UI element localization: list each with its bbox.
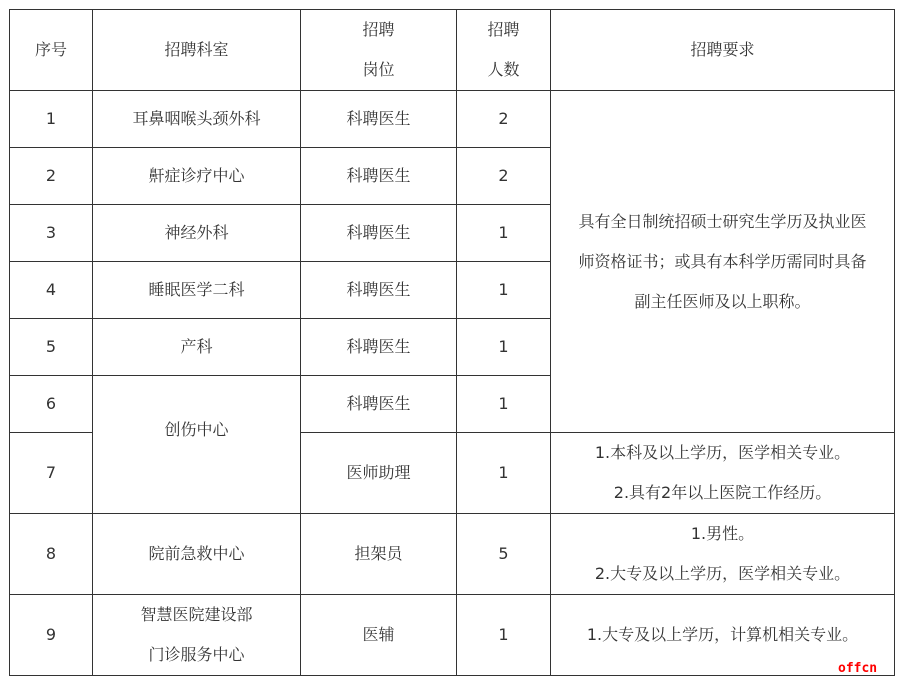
cell-dept-merged: 创伤中心: [93, 376, 301, 514]
req-line: 1.本科及以上学历，医学相关专业。: [557, 433, 888, 473]
cell-no: 1: [10, 91, 93, 148]
cell-num: 1: [457, 433, 551, 514]
cell-post: 医辅: [301, 595, 457, 676]
dept-line2: 门诊服务中心: [99, 635, 294, 675]
cell-dept: 神经外科: [93, 205, 301, 262]
cell-num: 5: [457, 514, 551, 595]
req-shared-line2: 师资格证书；或具有本科学历需同时具备: [557, 242, 888, 282]
table-row: 1 耳鼻咽喉头颈外科 科聘医生 2 具有全日制统招硕士研究生学历及执业医 师资格…: [10, 91, 895, 148]
req-shared-line1: 具有全日制统招硕士研究生学历及执业医: [557, 202, 888, 242]
cell-post: 科聘医生: [301, 148, 457, 205]
cell-dept: 院前急救中心: [93, 514, 301, 595]
header-post-line1: 招聘: [307, 10, 450, 50]
recruitment-table: 序号 招聘科室 招聘 岗位 招聘 人数 招聘要求 1 耳鼻咽喉头颈外科 科聘医生…: [9, 9, 895, 676]
cell-num: 1: [457, 262, 551, 319]
table-row: 8 院前急救中心 担架员 5 1.男性。 2.大专及以上学历，医学相关专业。: [10, 514, 895, 595]
cell-req: 1.男性。 2.大专及以上学历，医学相关专业。: [551, 514, 895, 595]
req-line: 1.男性。: [557, 514, 888, 554]
req-shared-line3: 副主任医师及以上职称。: [557, 282, 888, 322]
header-post: 招聘 岗位: [301, 10, 457, 91]
cell-num: 1: [457, 205, 551, 262]
cell-no: 5: [10, 319, 93, 376]
dept-merged-label: 创伤中心: [99, 410, 294, 450]
header-no: 序号: [10, 10, 93, 91]
cell-num: 2: [457, 91, 551, 148]
cell-post: 担架员: [301, 514, 457, 595]
cell-num: 1: [457, 376, 551, 433]
header-dept: 招聘科室: [93, 10, 301, 91]
watermark-logo: offcn: [838, 662, 877, 675]
header-req: 招聘要求: [551, 10, 895, 91]
req-line: 2.大专及以上学历，医学相关专业。: [557, 554, 888, 594]
cell-dept: 产科: [93, 319, 301, 376]
req-line: 2.具有2年以上医院工作经历。: [557, 473, 888, 513]
cell-post: 科聘医生: [301, 262, 457, 319]
table-header-row: 序号 招聘科室 招聘 岗位 招聘 人数 招聘要求: [10, 10, 895, 91]
cell-req: 1.本科及以上学历，医学相关专业。 2.具有2年以上医院工作经历。: [551, 433, 895, 514]
header-num-line1: 招聘: [463, 10, 544, 50]
header-num: 招聘 人数: [457, 10, 551, 91]
cell-post: 科聘医生: [301, 319, 457, 376]
cell-req-shared: 具有全日制统招硕士研究生学历及执业医 师资格证书；或具有本科学历需同时具备 副主…: [551, 91, 895, 433]
cell-no: 3: [10, 205, 93, 262]
cell-post: 医师助理: [301, 433, 457, 514]
cell-no: 8: [10, 514, 93, 595]
cell-post: 科聘医生: [301, 205, 457, 262]
header-num-line2: 人数: [463, 50, 544, 90]
cell-dept: 睡眠医学二科: [93, 262, 301, 319]
cell-post: 科聘医生: [301, 91, 457, 148]
table-row: 9 智慧医院建设部 门诊服务中心 医辅 1 1.大专及以上学历，计算机相关专业。: [10, 595, 895, 676]
cell-no: 6: [10, 376, 93, 433]
cell-no: 9: [10, 595, 93, 676]
dept-line1: 智慧医院建设部: [99, 595, 294, 635]
req-line: 1.大专及以上学历，计算机相关专业。: [557, 615, 888, 655]
cell-dept: 智慧医院建设部 门诊服务中心: [93, 595, 301, 676]
cell-no: 2: [10, 148, 93, 205]
cell-post: 科聘医生: [301, 376, 457, 433]
cell-dept: 鼾症诊疗中心: [93, 148, 301, 205]
cell-dept: 耳鼻咽喉头颈外科: [93, 91, 301, 148]
cell-num: 1: [457, 319, 551, 376]
cell-no: 4: [10, 262, 93, 319]
header-post-line2: 岗位: [307, 50, 450, 90]
cell-no: 7: [10, 433, 93, 514]
cell-num: 1: [457, 595, 551, 676]
cell-num: 2: [457, 148, 551, 205]
